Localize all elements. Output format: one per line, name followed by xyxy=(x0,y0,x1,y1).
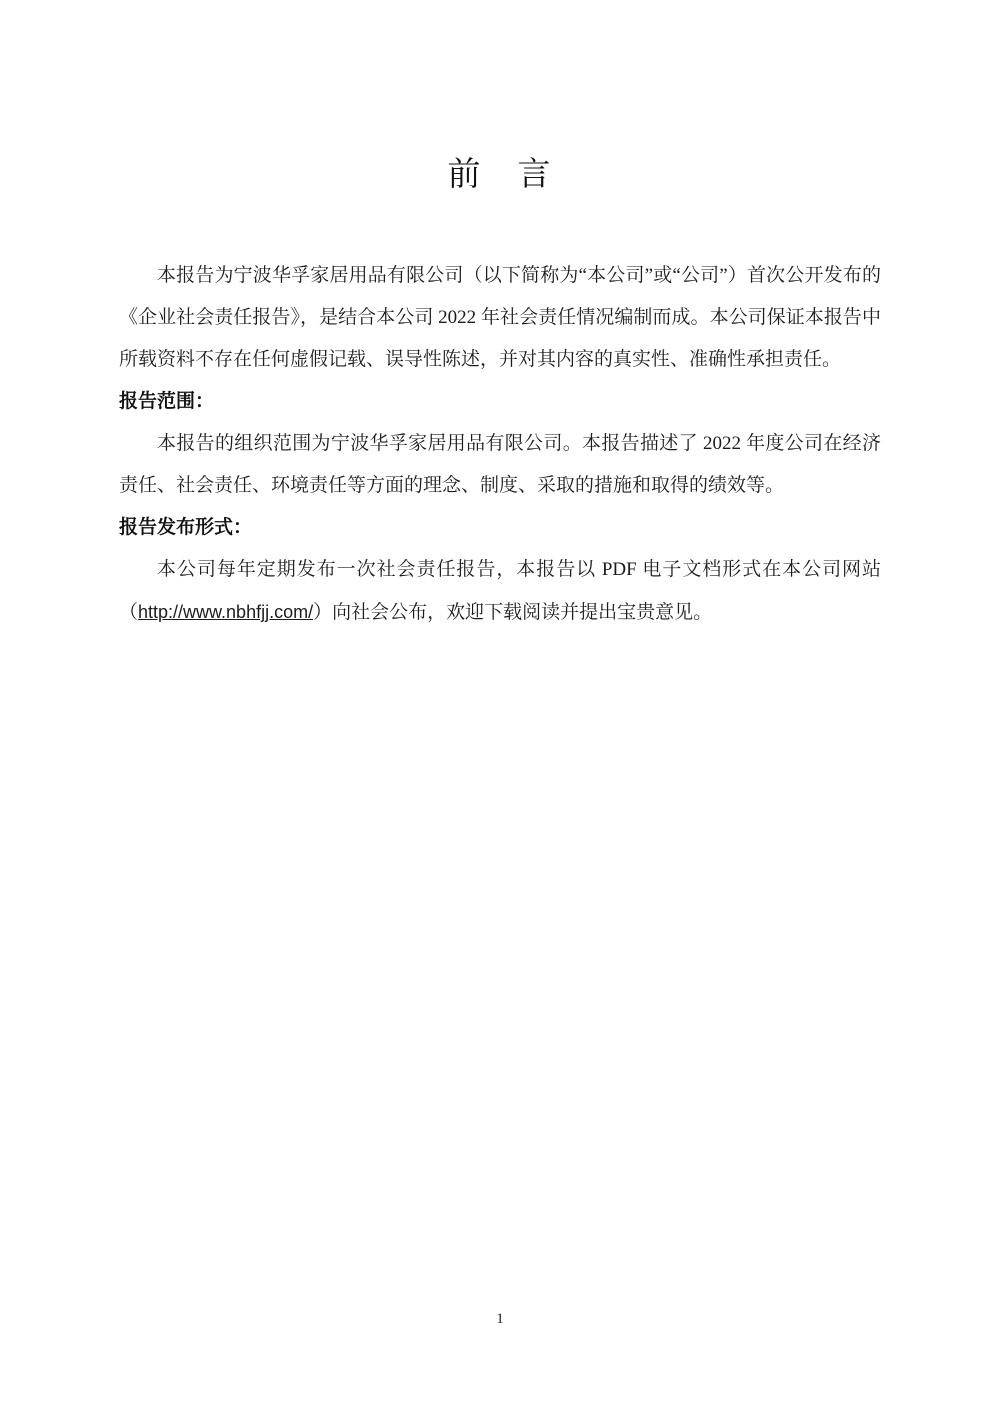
publish-text-suffix: ）向社会公布，欢迎下载阅读并提出宝贵意见。 xyxy=(313,602,712,623)
website-link[interactable]: http://www.nbhfjj.com/ xyxy=(138,602,313,622)
document-body: 本报告为宁波华孚家居用品有限公司（以下简称为“本公司”或“公司”）首次公开发布的… xyxy=(119,255,881,634)
report-scope-heading: 报告范围： xyxy=(119,381,881,423)
page-number: 1 xyxy=(0,1311,1000,1328)
document-page: 前 言 本报告为宁波华孚家居用品有限公司（以下简称为“本公司”或“公司”）首次公… xyxy=(0,0,1000,1414)
intro-paragraph: 本报告为宁波华孚家居用品有限公司（以下简称为“本公司”或“公司”）首次公开发布的… xyxy=(119,255,881,381)
report-publish-paragraph: 本公司每年定期发布一次社会责任报告，本报告以 PDF 电子文档形式在本公司网站（… xyxy=(119,549,881,634)
report-publish-heading: 报告发布形式： xyxy=(119,507,881,549)
report-scope-paragraph: 本报告的组织范围为宁波华孚家居用品有限公司。本报告描述了 2022 年度公司在经… xyxy=(119,423,881,507)
page-title: 前 言 xyxy=(0,0,1000,195)
